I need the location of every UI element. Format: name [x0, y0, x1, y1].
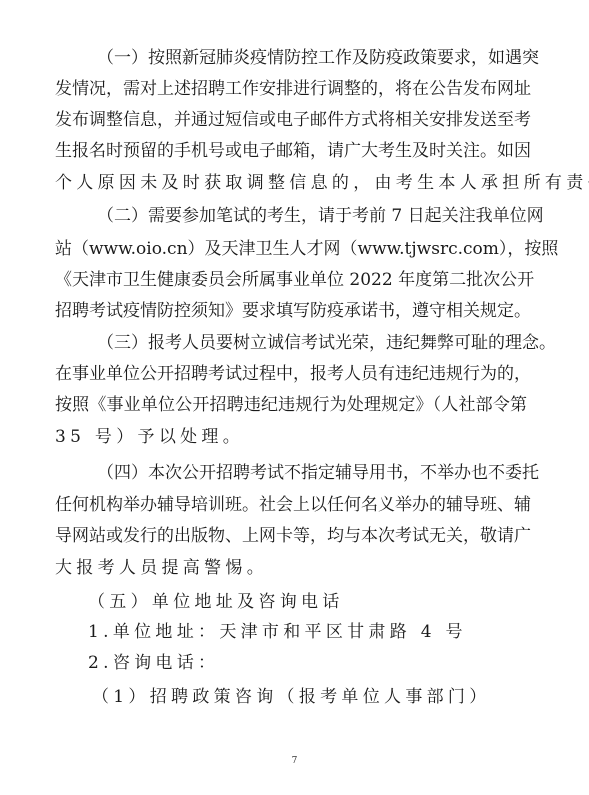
section-2-line-2: 站（www.oio.cn）及天津卫生人才网（www.tjwsrc.com），按照 — [55, 237, 527, 261]
section-1-line-1: （一）按照新冠肺炎疫情防控工作及防疫政策要求，如遇突 — [97, 46, 527, 70]
page-number: 7 — [0, 756, 589, 766]
section-1-line-2: 发情况，需对上述招聘工作安排进行调整的，将在公告发布网址 — [55, 77, 527, 101]
section-3-line-1: （三）报考人员要树立诚信考试光荣，违纪舞弊可耻的理念。 — [97, 331, 527, 355]
section-4-line-3: 导网站或发行的出版物、上网卡等，均与本次考试无关，敬请广 — [55, 524, 527, 548]
section-2-line-1: （二）需要参加笔试的考生，请于考前 7 日起关注我单位网 — [97, 204, 527, 228]
document-page: （一）按照新冠肺炎疫情防控工作及防疫政策要求，如遇突 发情况，需对上述招聘工作安… — [0, 0, 589, 795]
section-2-line-4: 招聘考试疫情防控须知》要求填写防疫承诺书，遵守相关规定。 — [55, 299, 527, 323]
section-4-line-4: 大报考人员提高警惕。 — [55, 556, 527, 580]
consult-phone-label: 2.咨询电话： — [88, 651, 560, 675]
section-4-line-1: （四）本次公开招聘考试不指定辅导用书，不举办也不委托 — [97, 461, 527, 485]
section-1-line-3: 发布调整信息，并通过短信或电子邮件方式将相关安排发送至考 — [55, 108, 527, 132]
section-2-line-3: 《天津市卫生健康委员会所属事业单位 2022 年度第二批次公开 — [55, 268, 527, 292]
section-5-heading: （五）单位地址及咨询电话 — [88, 590, 560, 614]
unit-address: 1.单位地址：天津市和平区甘肃路 4 号 — [88, 620, 560, 644]
section-1-line-4: 生报名时预留的手机号或电子邮箱，请广大考生及时关注。如因 — [55, 139, 527, 163]
section-3-line-2: 在事业单位公开招聘考试过程中，报考人员有违纪违规行为的， — [55, 362, 527, 386]
section-4-line-2: 任何机构举办辅导培训班。社会上以任何名义举办的辅导班、辅 — [55, 493, 527, 517]
policy-consult-item: （1）招聘政策咨询（报考单位人事部门） — [92, 685, 564, 709]
section-3-line-4: 35 号）予以处理。 — [55, 425, 527, 449]
section-1-line-5: 个人原因未及时获取调整信息的，由考生本人承担所有责任。 — [55, 171, 527, 195]
section-3-line-3: 按照《事业单位公开招聘违纪违规行为处理规定》（人社部令第 — [55, 393, 527, 417]
